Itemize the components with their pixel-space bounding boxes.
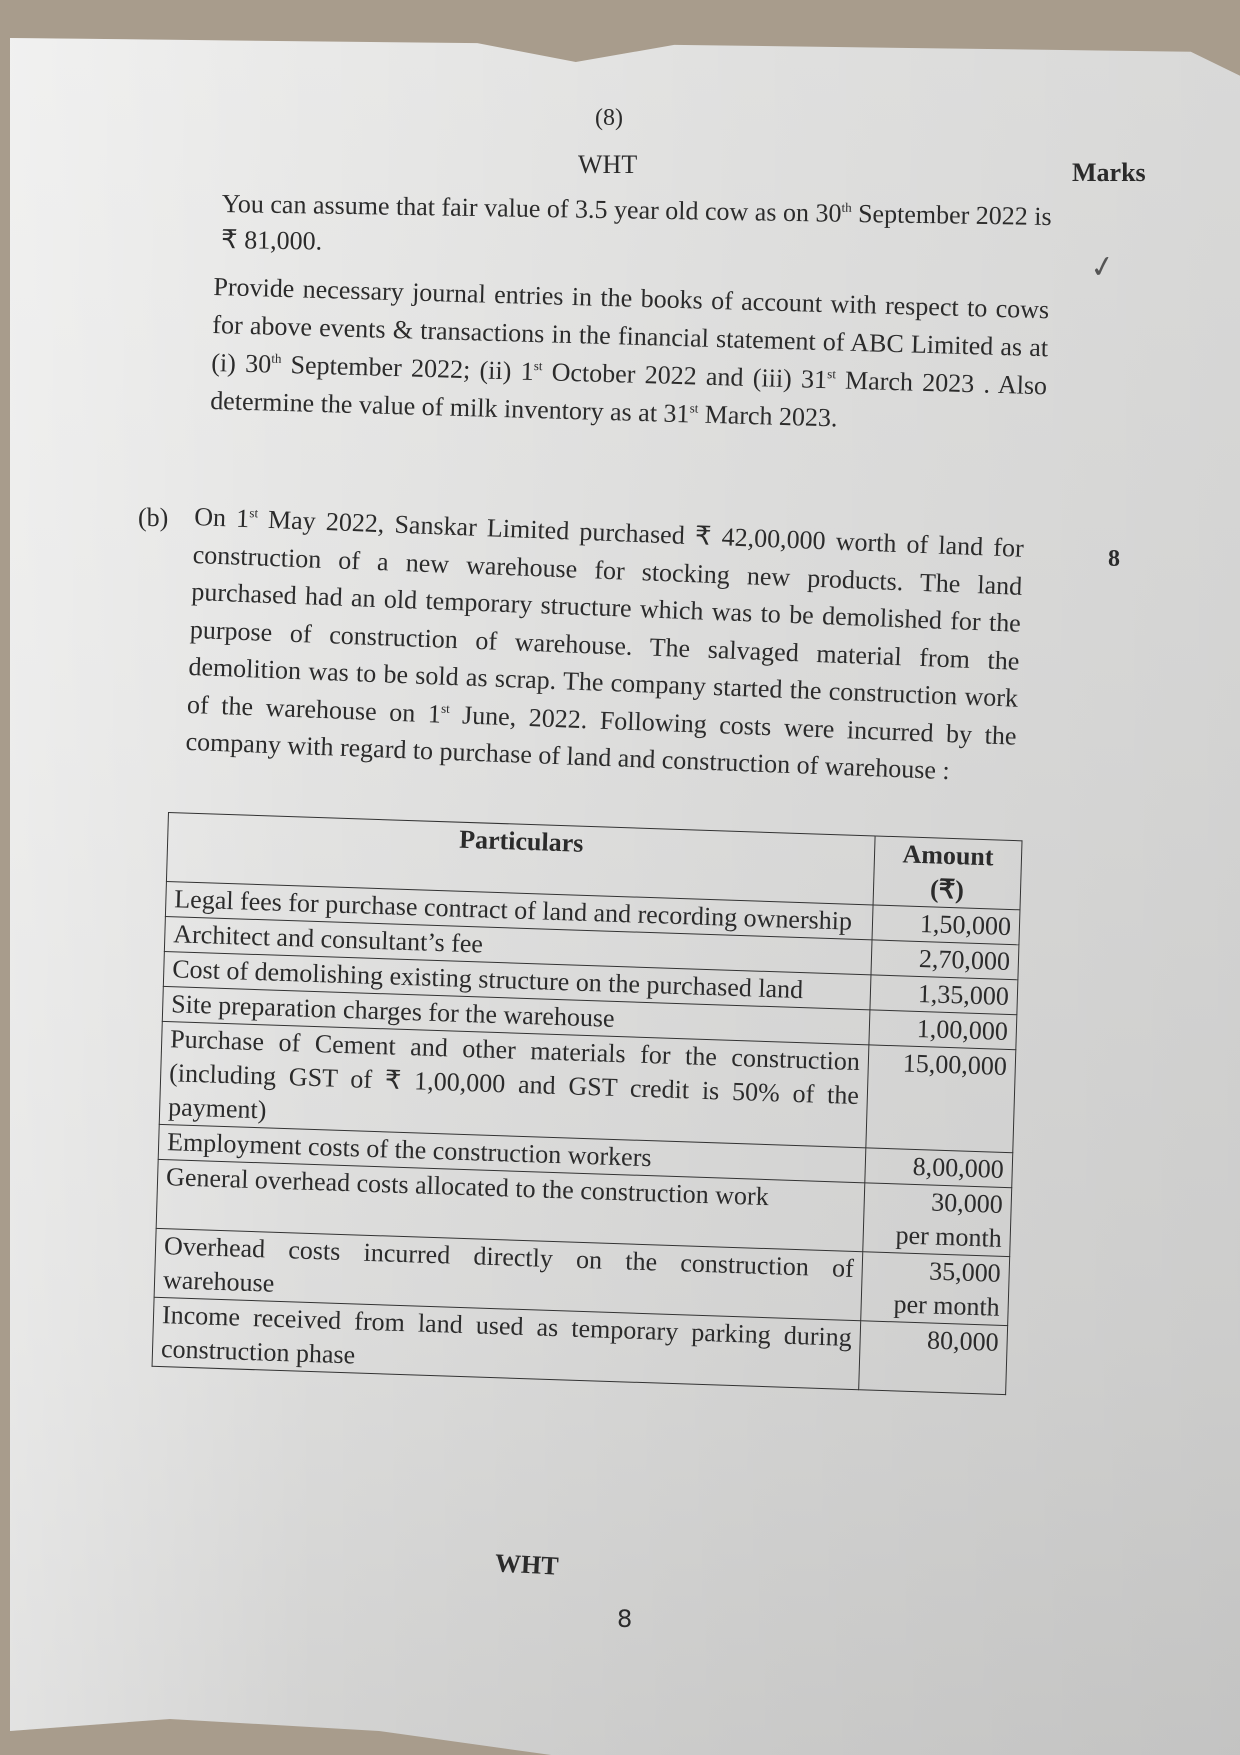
amount-value: 1,00,000 (877, 1011, 1008, 1049)
amount-value: 8,00,000 (873, 1149, 1004, 1187)
cell-amount: 15,00,000 (866, 1045, 1016, 1153)
page-label: (8) (595, 105, 623, 132)
cell-amount: 1,35,000 (870, 975, 1018, 1015)
amount-note: per month (869, 1287, 1000, 1325)
question-b-marks: 8 (1108, 546, 1120, 573)
cell-amount: 8,00,000 (865, 1148, 1013, 1188)
question-a-paragraph-1: You can assume that fair value of 3.5 ye… (221, 186, 1052, 271)
cost-table: Particulars Amount (₹) Legal fees for pu… (152, 812, 1023, 1395)
cell-amount: 80,000 (859, 1321, 1008, 1395)
paper-code-top: WHT (578, 150, 637, 180)
cell-amount: 2,70,000 (871, 940, 1019, 980)
question-b-label: (b) (138, 503, 168, 533)
amount-value: 15,00,000 (876, 1046, 1007, 1084)
amount-value: 30,000 (872, 1184, 1003, 1222)
cell-amount: 1,50,000 (872, 905, 1020, 945)
amount-value: 2,70,000 (879, 941, 1010, 979)
header-amount: Amount (₹) (873, 836, 1022, 910)
cell-amount: 35,000per month (861, 1252, 1010, 1326)
cell-amount: 30,000per month (863, 1183, 1012, 1257)
question-a-text-2: Provide necessary journal entries in the… (210, 272, 1050, 432)
amount-note: per month (871, 1218, 1002, 1256)
amount-value: 35,000 (870, 1253, 1001, 1291)
paper-code-bottom: WHT (494, 1548, 559, 1581)
marks-heading: Marks (1072, 158, 1146, 188)
table-body: Legal fees for purchase contract of land… (152, 881, 1020, 1394)
question-b-text: On 1st May 2022, Sanskar Limited purchas… (185, 502, 1024, 785)
question-b-paragraph: On 1st May 2022, Sanskar Limited purchas… (185, 498, 1024, 792)
question-a-paragraph-2: Provide necessary journal entries in the… (210, 268, 1050, 443)
cost-table-container: Particulars Amount (₹) Legal fees for pu… (152, 812, 1023, 1395)
amount-value: 80,000 (868, 1322, 999, 1360)
amount-value: 1,35,000 (878, 976, 1009, 1014)
cell-amount: 1,00,000 (869, 1010, 1017, 1050)
amount-value: 1,50,000 (881, 906, 1012, 944)
page-number: 8 (617, 1605, 632, 1633)
question-a-text-1: You can assume that fair value of 3.5 ye… (221, 189, 1052, 256)
